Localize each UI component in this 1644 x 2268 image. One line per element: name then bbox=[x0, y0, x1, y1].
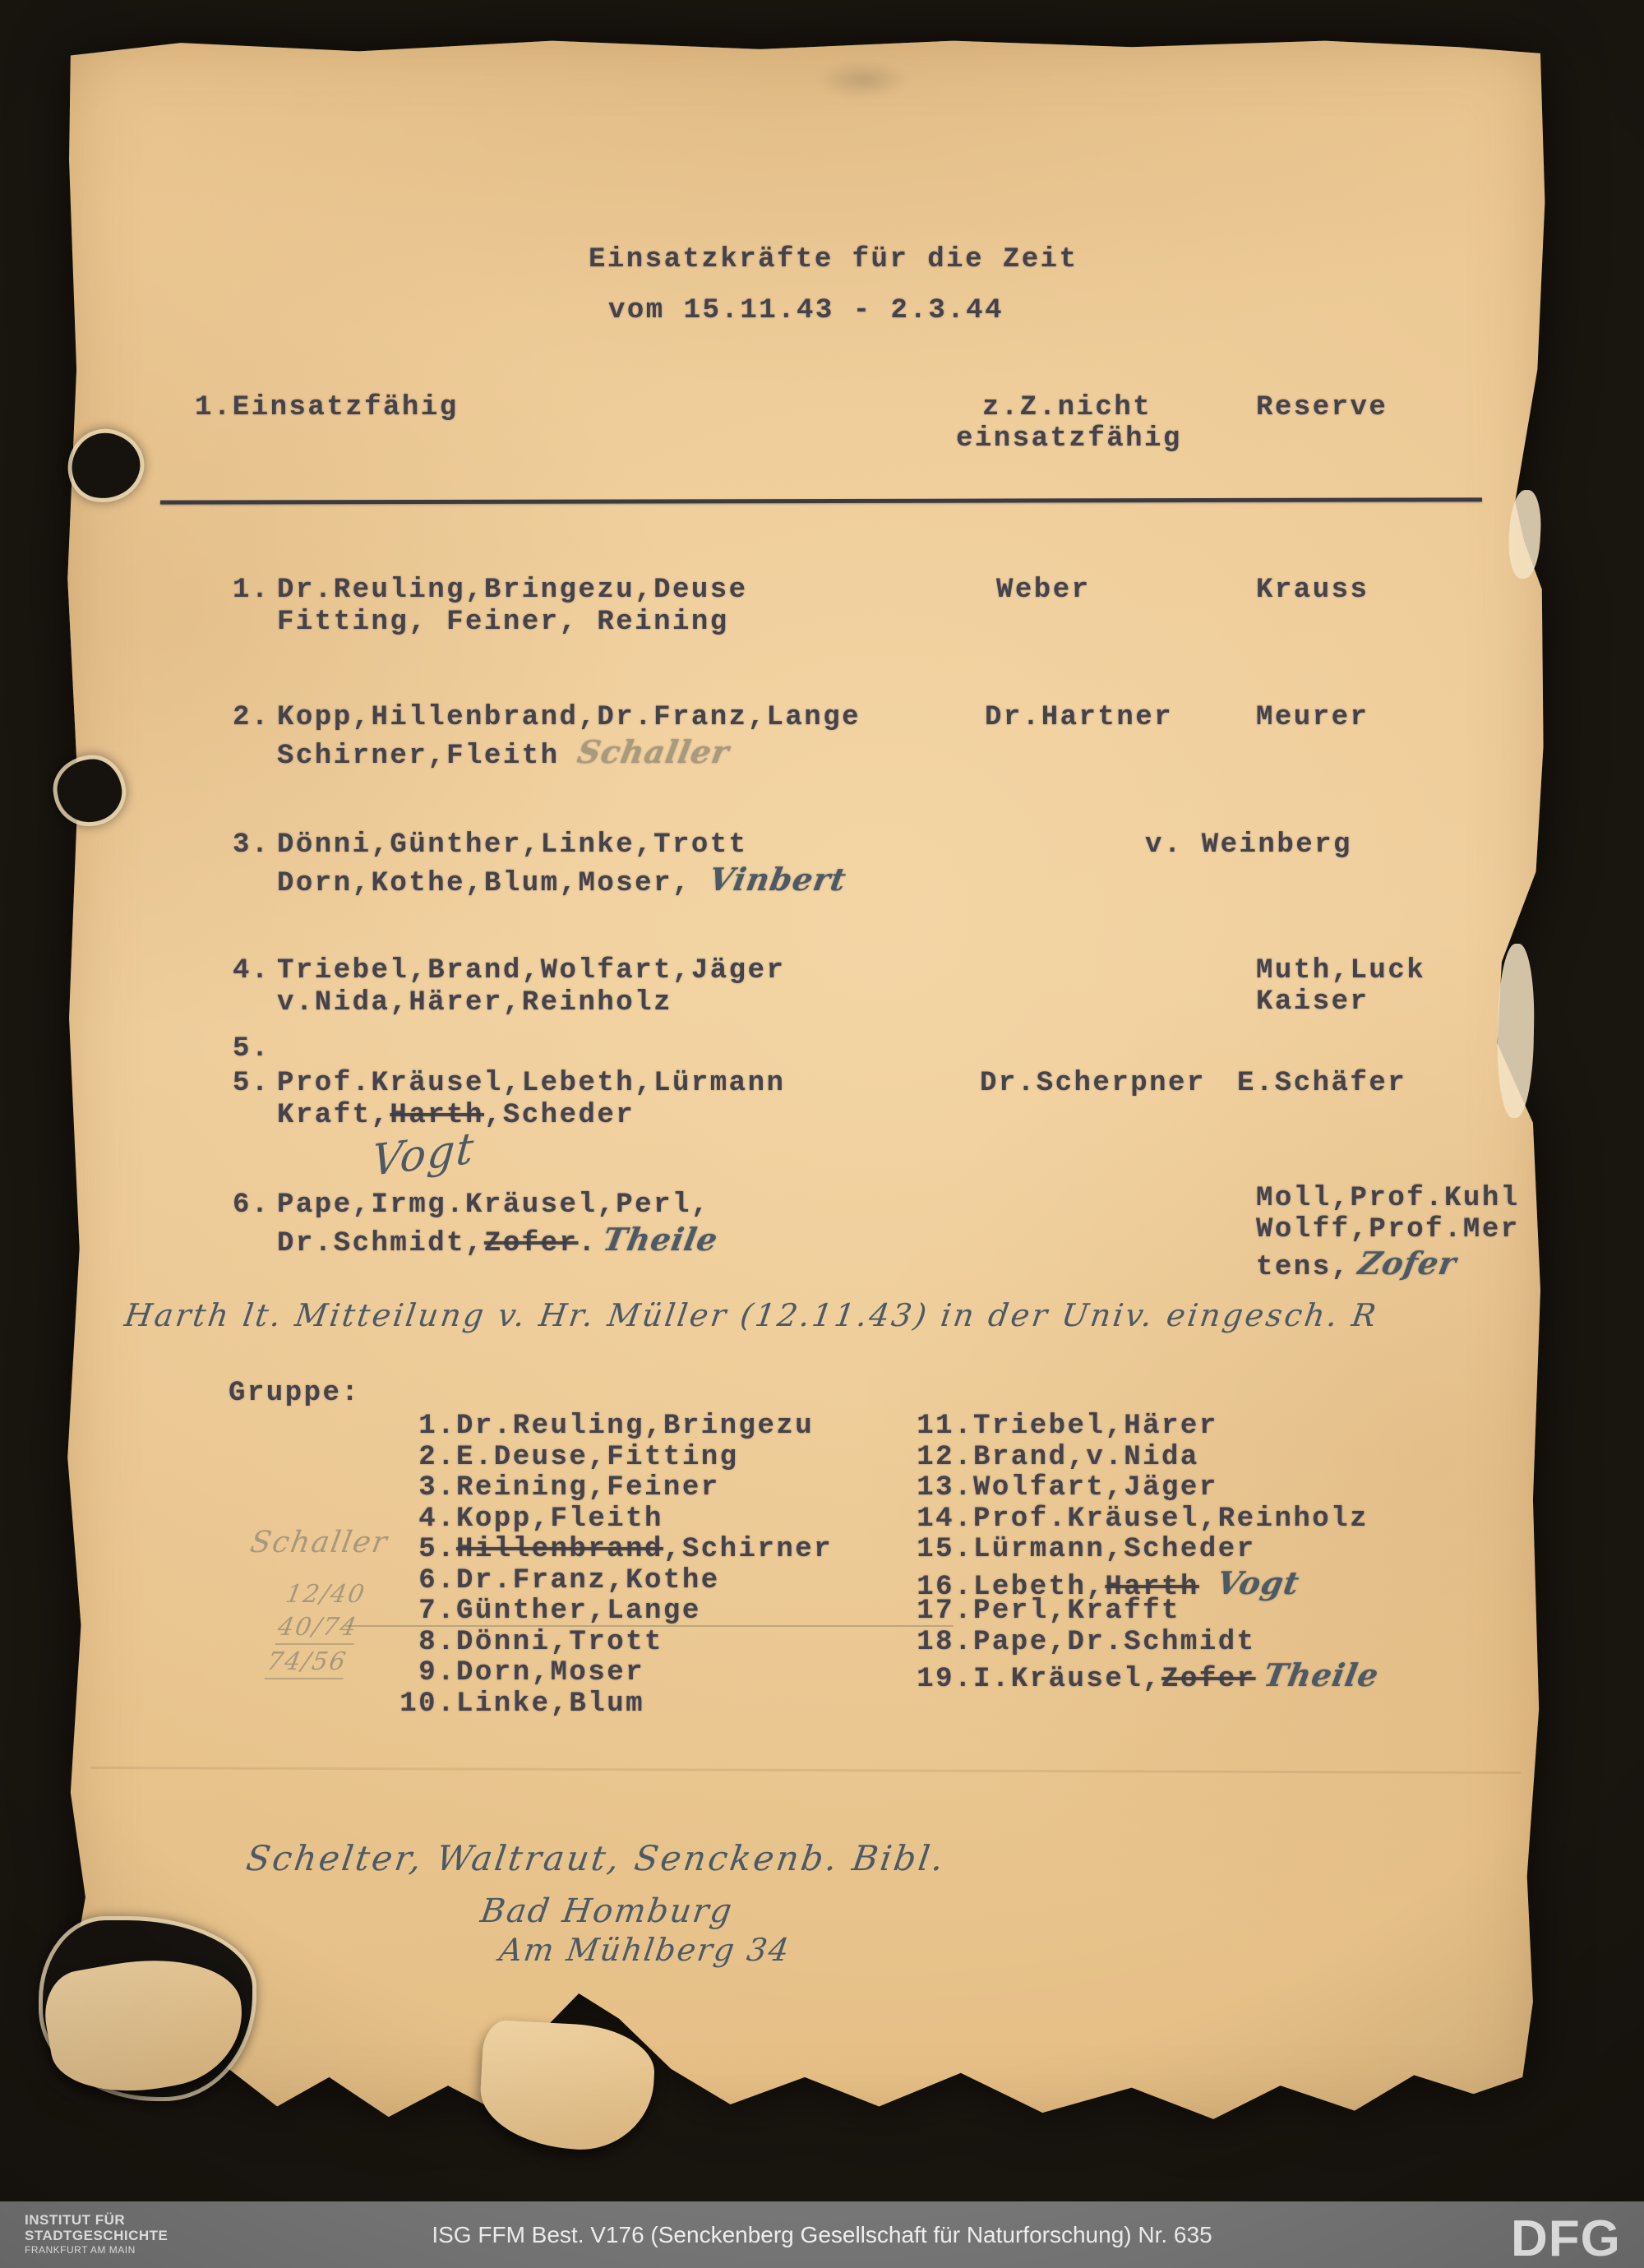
gruppe-item-19-num: 19. bbox=[903, 1665, 973, 1695]
gruppe-heading: Gruppe: bbox=[229, 1379, 360, 1409]
roster-3-line2: Dorn,Kothe,Blum,Moser,Vinbert bbox=[277, 862, 846, 899]
gruppe-item-7: 7.Günther,Lange bbox=[374, 1596, 701, 1627]
gruppe-item-12: 12.Brand,v.Nida bbox=[903, 1443, 1199, 1473]
column-header-nicht-line2: einsatzfähig bbox=[956, 424, 1182, 455]
roster-3-line1: Dönni,Günther,Linke,Trott bbox=[277, 830, 748, 861]
margin-note-fraction-2: 40/74 bbox=[275, 1613, 360, 1645]
roster-3-reserve: v. Weinberg bbox=[1145, 830, 1352, 861]
gruppe-item-10-num: 10. bbox=[374, 1689, 456, 1720]
gruppe-item-2: 2.E.Deuse,Fitting bbox=[374, 1443, 739, 1473]
roster-4-line1: Triebel,Brand,Wolfart,Jäger bbox=[277, 956, 785, 986]
gruppe-item-11: 11.Triebel,Härer bbox=[903, 1411, 1218, 1442]
roster-6-reserve-handwritten: Zofer bbox=[1355, 1246, 1459, 1281]
gruppe-item-19: 19.I.Kräusel,ZoferTheile bbox=[903, 1658, 1378, 1695]
gruppe-item-2-num: 2. bbox=[374, 1443, 456, 1473]
gruppe-item-4-text: Kopp,Fleith bbox=[456, 1504, 663, 1535]
gruppe-item-14: 14.Prof.Kräusel,Reinholz bbox=[903, 1504, 1369, 1535]
roster-2-num: 2. bbox=[233, 703, 270, 733]
roster-1-num: 1. bbox=[233, 575, 270, 606]
roster-5-reserve: E.Schäfer bbox=[1237, 1069, 1406, 1099]
dfg-logo: DFG bbox=[1511, 2210, 1621, 2268]
roster-2-reserve: Meurer bbox=[1256, 703, 1369, 733]
gruppe-item-13: 13.Wolfart,Jäger bbox=[903, 1473, 1218, 1504]
photo-backdrop: Einsatzkräfte für die Zeit vom 15.11.43 … bbox=[0, 0, 1644, 2268]
gruppe-item-17: 17.Perl,Krafft bbox=[903, 1596, 1180, 1627]
gruppe-item-14-num: 14. bbox=[903, 1504, 973, 1535]
roster-2-line1: Kopp,Hillenbrand,Dr.Franz,Lange bbox=[277, 703, 861, 733]
margin-note-fraction-1: 12/40 bbox=[284, 1580, 368, 1609]
roster-5-line2-pre: Kraft, bbox=[277, 1100, 390, 1131]
roster-6-reserve-line2: Wolff,Prof.Mer bbox=[1256, 1215, 1520, 1245]
gruppe-item-17-text: Perl,Krafft bbox=[973, 1596, 1180, 1627]
roster-6-reserve-line3-text: tens, bbox=[1256, 1252, 1351, 1283]
roster-1-nicht: Weber bbox=[996, 575, 1091, 606]
stray-number-5: 5. bbox=[233, 1034, 270, 1065]
roster-5-line1: Prof.Kräusel,Lebeth,Lürmann bbox=[277, 1069, 785, 1099]
gruppe-item-3-text: Reining,Feiner bbox=[456, 1472, 720, 1504]
gruppe-item-8-text: Dönni,Trott bbox=[456, 1627, 663, 1658]
column-header-reserve: Reserve bbox=[1256, 393, 1388, 423]
gruppe-item-2-text: E.Deuse,Fitting bbox=[456, 1442, 739, 1473]
roster-4-num: 4. bbox=[233, 956, 270, 986]
gruppe-item-3-num: 3. bbox=[374, 1473, 456, 1504]
gruppe-item-6-text: Dr.Franz,Kothe bbox=[456, 1565, 720, 1596]
roster-4-line2-text: v.Nida,Härer,Reinholz bbox=[277, 987, 672, 1019]
archive-citation: ISG FFM Best. V176 (Senckenberg Gesellsc… bbox=[0, 2222, 1644, 2248]
roster-6-num: 6. bbox=[233, 1190, 270, 1221]
margin-note-schaller: Schaller bbox=[247, 1526, 390, 1559]
roster-3-line2-text: Dorn,Kothe,Blum,Moser, bbox=[277, 868, 691, 899]
gruppe-item-1-num: 1. bbox=[374, 1411, 456, 1442]
roster-3-num: 3. bbox=[233, 830, 270, 861]
gruppe-item-15-num: 15. bbox=[903, 1535, 973, 1565]
roster-6-line2-post: . bbox=[578, 1228, 597, 1259]
roster-6-line2: Dr.Schmidt,Zofer.Theile bbox=[277, 1222, 718, 1259]
gruppe-item-16-handwritten: Vogt bbox=[1214, 1566, 1302, 1601]
roster-1-line2: Fitting, Feiner, Reining bbox=[277, 607, 729, 638]
roster-3-handwritten-addition: Vinbert bbox=[706, 862, 849, 897]
gruppe-item-17-num: 17. bbox=[903, 1596, 973, 1627]
gruppe-item-15-text: Lürmann,Scheder bbox=[973, 1534, 1256, 1565]
gruppe-item-8: 8.Dönni,Trott bbox=[374, 1628, 663, 1658]
paper-shadow-wrap bbox=[0, 0, 1644, 2268]
gruppe-item-6: 6.Dr.Franz,Kothe bbox=[374, 1566, 720, 1596]
roster-5-num: 5. bbox=[233, 1069, 270, 1099]
roster-6-struck-name: Zofer bbox=[484, 1228, 579, 1259]
gruppe-item-9: 9.Dorn,Moser bbox=[374, 1658, 644, 1688]
gruppe-item-18-text: Pape,Dr.Schmidt bbox=[973, 1627, 1256, 1658]
gruppe-item-18-num: 18. bbox=[903, 1628, 973, 1658]
handwritten-note-harth: Harth lt. Mitteilung v. Hr. Müller (12.1… bbox=[122, 1297, 1381, 1333]
roster-1-line1: Dr.Reuling,Bringezu,Deuse bbox=[277, 575, 748, 606]
roster-5-line2-post: ,Scheder bbox=[484, 1100, 635, 1131]
roster-2-line2: Schirner,FleithSchaller bbox=[277, 735, 728, 772]
roster-6-reserve-line1: Moll,Prof.Kuhl bbox=[1256, 1184, 1520, 1214]
gruppe-item-18: 18.Pape,Dr.Schmidt bbox=[903, 1628, 1256, 1658]
roster-2-nicht: Dr.Hartner bbox=[985, 703, 1173, 733]
gruppe-item-1: 1.Dr.Reuling,Bringezu bbox=[374, 1411, 814, 1442]
roster-2-handwritten-addition: Schaller bbox=[575, 735, 732, 769]
roster-6-line1: Pape,Irmg.Kräusel,Perl, bbox=[277, 1190, 710, 1221]
bottom-note-street: Am Mühlberg 34 bbox=[497, 1932, 792, 1968]
gruppe-item-8-num: 8. bbox=[374, 1628, 456, 1658]
gruppe-item-1-text: Dr.Reuling,Bringezu bbox=[456, 1411, 814, 1442]
gruppe-item-19-struck: Zofer bbox=[1161, 1664, 1256, 1695]
gruppe-item-15: 15.Lürmann,Scheder bbox=[903, 1535, 1256, 1565]
gruppe-item-3: 3.Reining,Feiner bbox=[374, 1473, 720, 1504]
gruppe-item-11-text: Triebel,Härer bbox=[973, 1411, 1218, 1442]
margin-note-fraction-3: 74/56 bbox=[265, 1647, 349, 1679]
gruppe-item-6-num: 6. bbox=[374, 1566, 456, 1596]
bottom-note-name: Schelter, Waltraut, Senckenb. Bibl. bbox=[244, 1838, 949, 1878]
title-line2: vom 15.11.43 - 2.3.44 bbox=[608, 296, 1004, 326]
column-header-einsatzfaehig: 1.Einsatzfähig bbox=[195, 393, 459, 423]
gruppe-item-9-text: Dorn,Moser bbox=[456, 1657, 644, 1688]
gruppe-item-11-num: 11. bbox=[903, 1411, 973, 1442]
gruppe-item-7-num: 7. bbox=[374, 1596, 456, 1627]
gruppe-item-12-text: Brand,v.Nida bbox=[973, 1442, 1199, 1473]
title-line1: Einsatzkräfte für die Zeit bbox=[589, 245, 1078, 275]
roster-5-nicht: Dr.Scherpner bbox=[980, 1069, 1206, 1099]
gruppe-item-5: 5.Hillenbrand,Schirner bbox=[374, 1535, 833, 1565]
roster-6-line2-pre: Dr.Schmidt, bbox=[277, 1228, 484, 1259]
roster-4-line2: v.Nida,Härer,Reinholz bbox=[277, 988, 672, 1019]
gruppe-item-7-text: Günther,Lange bbox=[456, 1596, 701, 1627]
roster-6-handwritten-addition: Theile bbox=[601, 1222, 722, 1257]
roster-6-reserve-line3: tens,Zofer bbox=[1256, 1246, 1456, 1283]
gruppe-item-10-text: Linke,Blum bbox=[456, 1688, 644, 1720]
gruppe-item-5-text: ,Schirner bbox=[663, 1534, 833, 1565]
bottom-note-city: Bad Homburg bbox=[478, 1892, 736, 1930]
gruppe-item-5-struck: Hillenbrand bbox=[456, 1534, 663, 1565]
roster-1-reserve: Krauss bbox=[1256, 575, 1369, 606]
gruppe-item-13-text: Wolfart,Jäger bbox=[973, 1472, 1218, 1504]
roster-4-reserve-line1: Muth,Luck bbox=[1256, 956, 1425, 986]
gruppe-item-13-num: 13. bbox=[903, 1473, 973, 1504]
gruppe-item-14-text: Prof.Kräusel,Reinholz bbox=[973, 1504, 1369, 1535]
stamp-smudge bbox=[801, 54, 925, 105]
column-header-nicht-line1: z.Z.nicht bbox=[982, 393, 1152, 423]
gruppe-item-9-num: 9. bbox=[374, 1658, 456, 1688]
gruppe-item-4: 4.Kopp,Fleith bbox=[374, 1504, 663, 1535]
roster-1-line2-text: Fitting, Feiner, Reining bbox=[277, 607, 729, 638]
gruppe-item-19-text: I.Kräusel, bbox=[973, 1664, 1161, 1695]
roster-2-line2-text: Schirner,Fleith bbox=[277, 741, 560, 772]
gruppe-item-10: 10.Linke,Blum bbox=[374, 1689, 644, 1720]
roster-4-reserve-line2: Kaiser bbox=[1256, 987, 1369, 1018]
gruppe-item-19-handwritten: Theile bbox=[1261, 1658, 1382, 1693]
pencil-underline bbox=[345, 1625, 954, 1627]
gruppe-item-12-num: 12. bbox=[903, 1443, 973, 1473]
